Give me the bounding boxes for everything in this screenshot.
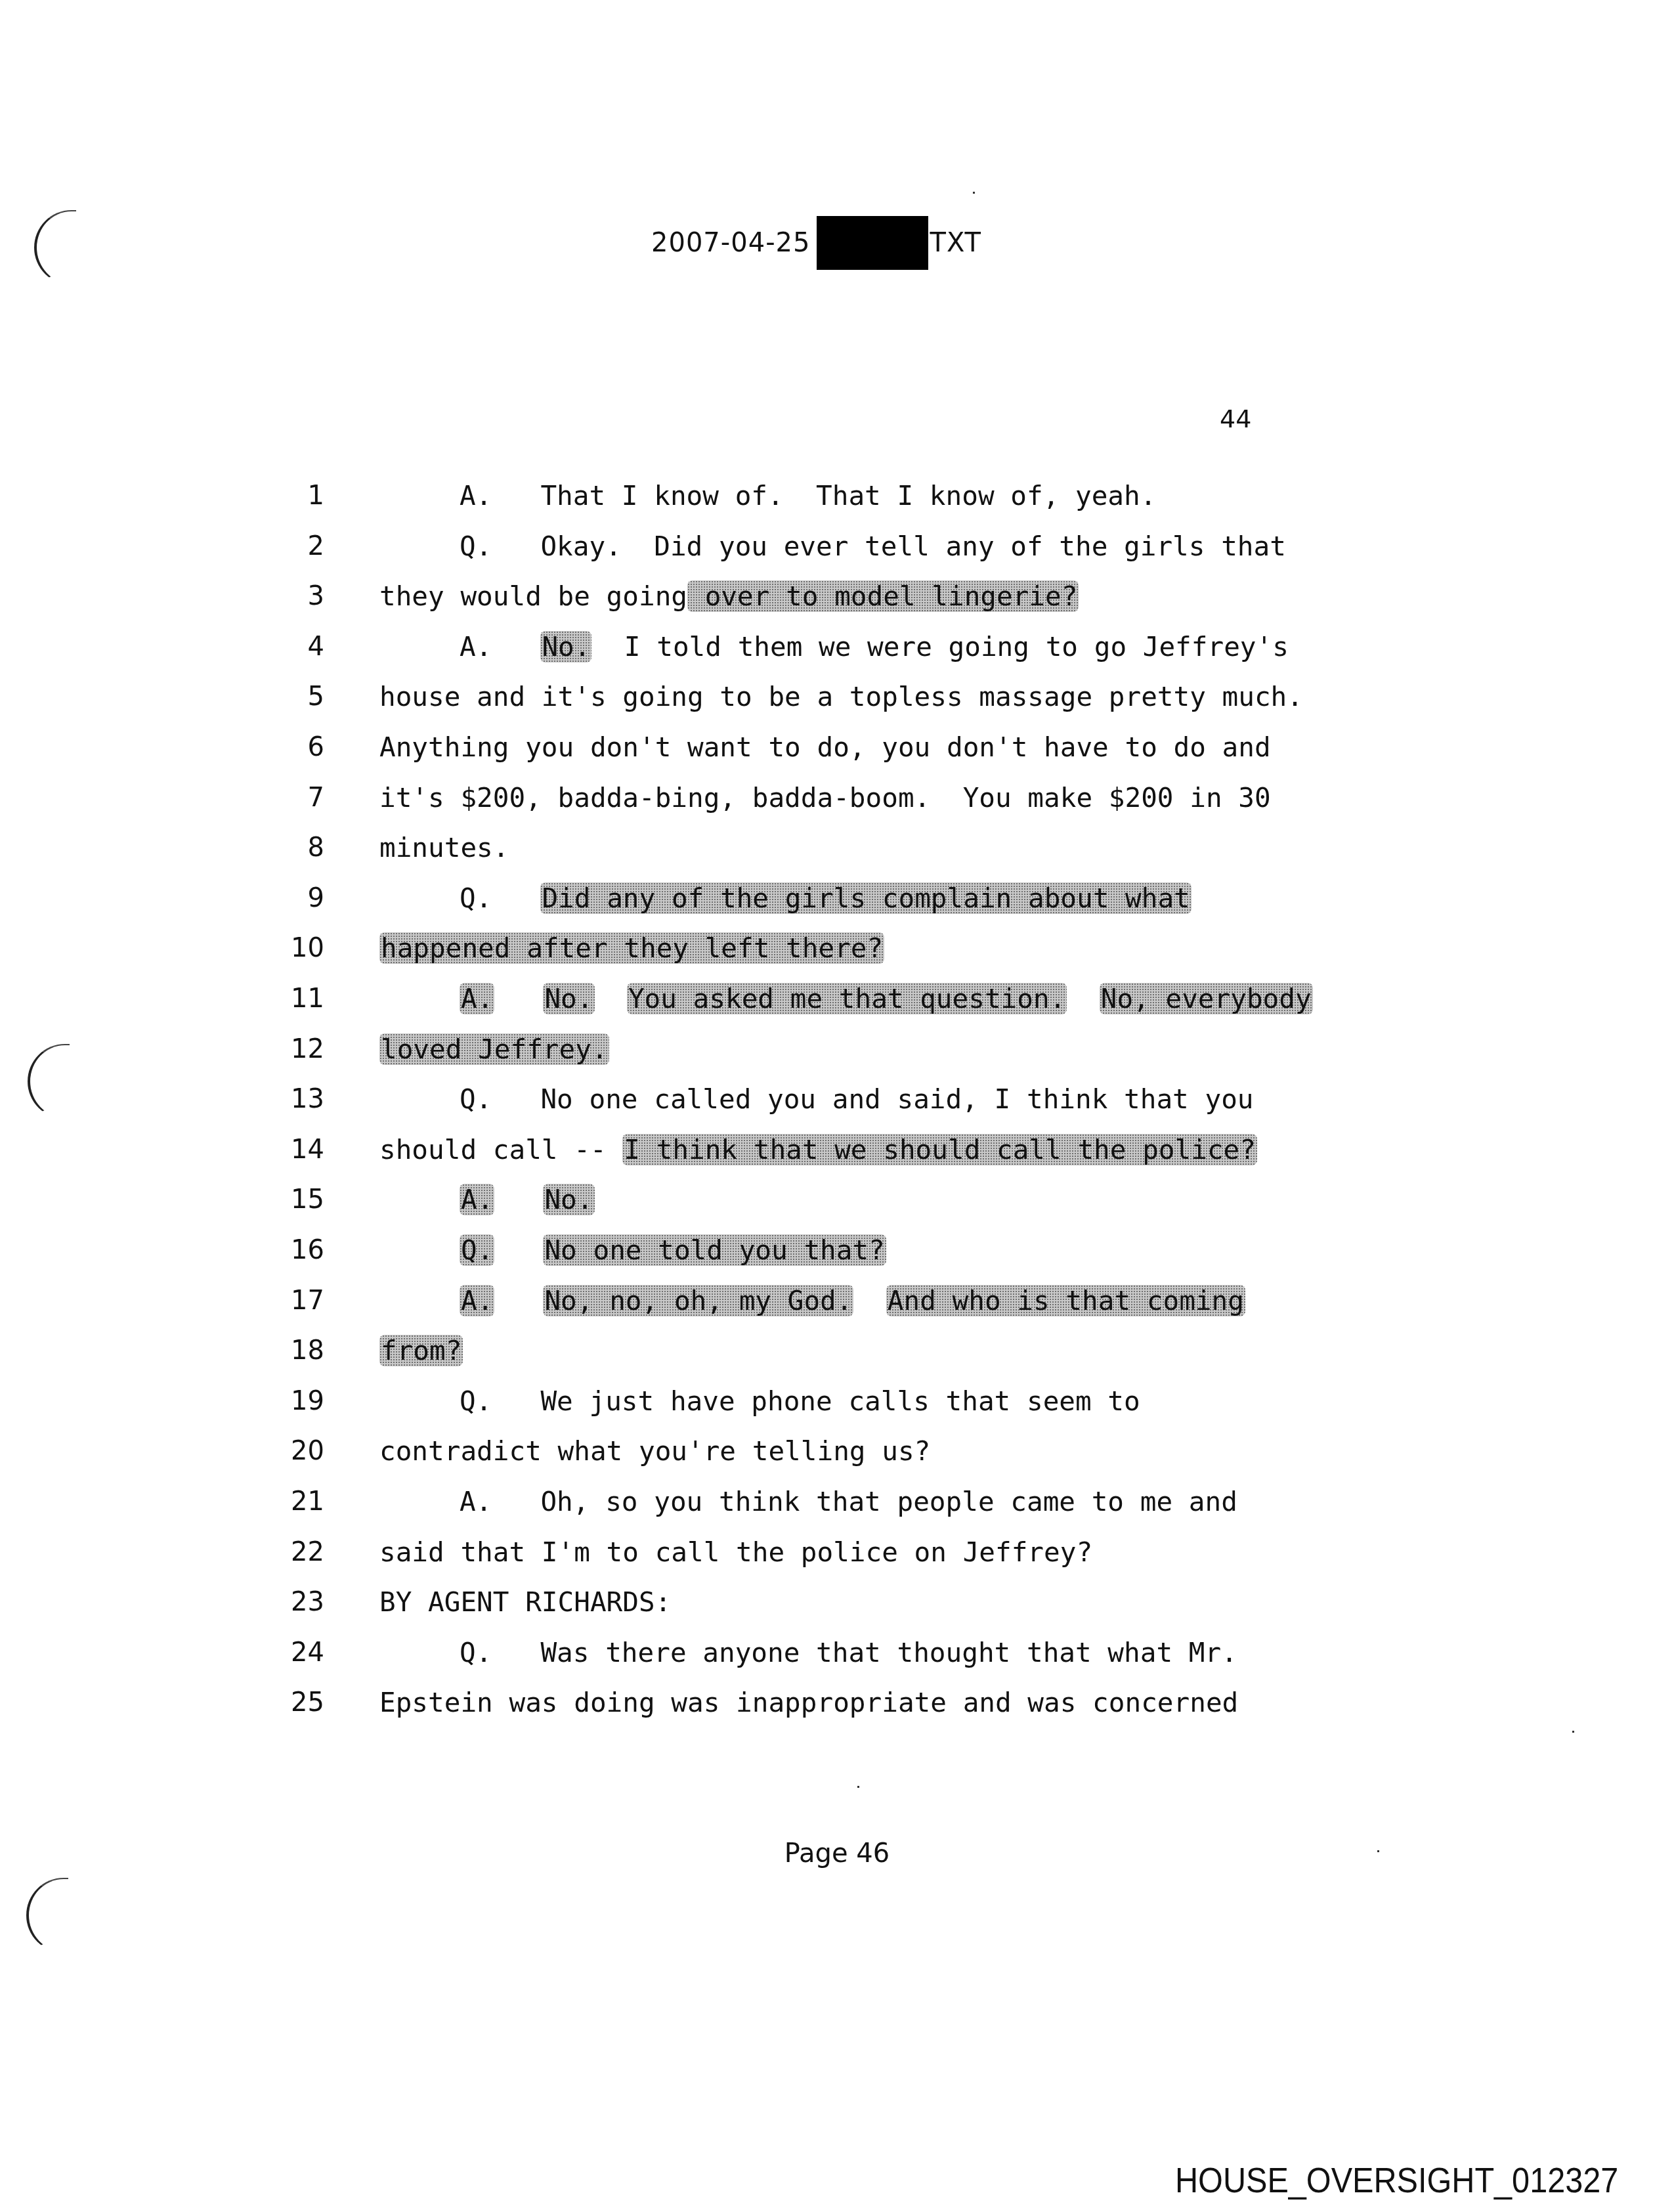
- line-text: happened after they left there?: [379, 925, 884, 971]
- transcript-line: 16Q. No one told you that?: [0, 1227, 1674, 1273]
- highlighted-text: No, no, oh, my God.: [543, 1285, 853, 1316]
- line-text: A. That I know of. That I know of, yeah.: [460, 473, 1156, 519]
- line-text: from?: [379, 1328, 463, 1374]
- line-number: 13: [276, 1076, 324, 1122]
- footer-page-label: Page 46: [0, 1838, 1674, 1869]
- text-segment: A.: [460, 480, 540, 511]
- text-segment: Epstein was doing was inappropriate and …: [379, 1687, 1238, 1718]
- transcript-line: 12loved Jeffrey.: [0, 1026, 1674, 1072]
- text-segment: [494, 983, 543, 1014]
- scan-speck: [1377, 1850, 1379, 1852]
- text-segment: No one called you and said, I think that…: [540, 1083, 1253, 1115]
- text-segment: [595, 983, 627, 1014]
- line-number: 9: [276, 875, 324, 921]
- scan-speck: [1572, 1731, 1574, 1733]
- line-number: 3: [276, 573, 324, 619]
- line-text: A. No. I told them we were going to go J…: [460, 624, 1289, 670]
- line-text: Q. No one told you that?: [460, 1227, 886, 1273]
- line-number: 16: [276, 1227, 324, 1273]
- highlighted-text: No.: [543, 1184, 594, 1215]
- line-number: 4: [276, 624, 324, 670]
- transcript-line: 11A. No. You asked me that question. No,…: [0, 976, 1674, 1022]
- line-text: they would be going over to model linger…: [379, 573, 1079, 619]
- highlighted-text: Did any of the girls complain about what: [540, 882, 1191, 914]
- transcript-line: 6Anything you don't want to do, you don'…: [0, 724, 1674, 770]
- line-text: said that I'm to call the police on Jeff…: [379, 1529, 1092, 1575]
- text-segment: We just have phone calls that seem to: [540, 1385, 1140, 1417]
- line-text: should call -- I think that we should ca…: [379, 1127, 1257, 1173]
- line-text: Anything you don't want to do, you don't…: [379, 724, 1271, 770]
- line-number: 24: [276, 1630, 324, 1676]
- transcript-line: 4A. No. I told them we were going to go …: [0, 624, 1674, 670]
- highlighted-text: No one told you that?: [543, 1234, 886, 1266]
- document-header: 2007-04-25 TXT: [651, 217, 981, 269]
- text-segment: Q.: [460, 1083, 540, 1115]
- line-number: 11: [276, 976, 324, 1022]
- highlighted-text: happened after they left there?: [379, 932, 884, 964]
- line-text: minutes.: [379, 825, 509, 871]
- highlighted-text: over to model lingerie?: [687, 580, 1079, 612]
- transcript-line: 20contradict what you're telling us?: [0, 1428, 1674, 1474]
- transcript-line: 13Q. No one called you and said, I think…: [0, 1076, 1674, 1122]
- hole-punch-mark: [34, 210, 76, 285]
- text-segment: A.: [460, 631, 540, 662]
- transcript-line: 24Q. Was there anyone that thought that …: [0, 1630, 1674, 1676]
- transcript-line: 1A. That I know of. That I know of, yeah…: [0, 473, 1674, 519]
- text-segment: [853, 1285, 886, 1316]
- text-segment: I told them we were going to go Jeffrey'…: [591, 631, 1288, 662]
- text-segment: Q.: [460, 1385, 540, 1417]
- text-segment: contradict what you're telling us?: [379, 1435, 930, 1467]
- line-number: 12: [276, 1026, 324, 1072]
- line-number: 23: [276, 1579, 324, 1625]
- bates-number: HOUSE_OVERSIGHT_012327: [1175, 2160, 1618, 2201]
- highlighted-text: And who is that coming: [886, 1285, 1245, 1316]
- text-segment: [494, 1285, 543, 1316]
- text-segment: they would be going: [379, 580, 687, 612]
- line-number: 18: [276, 1328, 324, 1374]
- line-number: 7: [276, 775, 324, 821]
- transcript-line: 5house and it's going to be a topless ma…: [0, 674, 1674, 720]
- text-segment: Q.: [460, 882, 540, 914]
- header-date: 2007-04-25: [651, 228, 810, 258]
- highlighted-text: You asked me that question.: [627, 983, 1067, 1014]
- transcript-line: 19Q. We just have phone calls that seem …: [0, 1378, 1674, 1424]
- text-segment: minutes.: [379, 832, 509, 863]
- text-segment: should call --: [379, 1134, 622, 1165]
- line-text: A. No, no, oh, my God. And who is that c…: [460, 1278, 1245, 1324]
- text-segment: Q.: [460, 1637, 540, 1668]
- transcript-line: 25Epstein was doing was inappropriate an…: [0, 1680, 1674, 1725]
- line-text: A. No.: [460, 1177, 595, 1223]
- transcript-line: 18from?: [0, 1328, 1674, 1374]
- transcript-line: 10happened after they left there?: [0, 925, 1674, 971]
- text-segment: Q.: [460, 531, 540, 562]
- line-number: 17: [276, 1278, 324, 1324]
- transcript-line: 8minutes.: [0, 825, 1674, 871]
- line-number: 15: [276, 1177, 324, 1223]
- line-number: 22: [276, 1529, 324, 1575]
- text-segment: house and it's going to be a topless mas…: [379, 681, 1303, 712]
- line-number: 21: [276, 1479, 324, 1525]
- text-segment: Oh, so you think that people came to me …: [540, 1486, 1237, 1517]
- line-text: Q. We just have phone calls that seem to: [460, 1378, 1140, 1424]
- text-segment: said that I'm to call the police on Jeff…: [379, 1536, 1092, 1568]
- line-text: house and it's going to be a topless mas…: [379, 674, 1303, 720]
- redaction-block: [817, 216, 928, 270]
- transcript-line: 15A. No.: [0, 1177, 1674, 1223]
- transcript-line: 9Q. Did any of the girls complain about …: [0, 875, 1674, 921]
- line-number: 20: [276, 1428, 324, 1474]
- line-text: A. Oh, so you think that people came to …: [460, 1479, 1237, 1525]
- line-text: it's $200, badda-bing, badda-boom. You m…: [379, 775, 1271, 821]
- highlighted-text: A.: [460, 1285, 494, 1316]
- line-text: Q. No one called you and said, I think t…: [460, 1076, 1254, 1122]
- text-segment: [494, 1184, 543, 1215]
- transcript-line: 3they would be going over to model linge…: [0, 573, 1674, 619]
- text-segment: BY AGENT RICHARDS:: [379, 1586, 671, 1618]
- transcript-line: 23BY AGENT RICHARDS:: [0, 1579, 1674, 1625]
- line-text: BY AGENT RICHARDS:: [379, 1579, 671, 1625]
- scan-speck: [973, 192, 975, 194]
- text-segment: it's $200, badda-bing, badda-boom. You m…: [379, 782, 1271, 813]
- highlighted-text: No.: [543, 983, 594, 1014]
- line-text: Epstein was doing was inappropriate and …: [379, 1680, 1238, 1725]
- text-segment: [1067, 983, 1099, 1014]
- transcript-line: 21A. Oh, so you think that people came t…: [0, 1479, 1674, 1525]
- line-number: 14: [276, 1127, 324, 1173]
- text-segment: Anything you don't want to do, you don't…: [379, 731, 1271, 763]
- text-segment: Okay. Did you ever tell any of the girls…: [540, 531, 1285, 562]
- transcript-line: 22said that I'm to call the police on Je…: [0, 1529, 1674, 1575]
- header-suffix: TXT: [930, 228, 981, 258]
- line-text: Q. Okay. Did you ever tell any of the gi…: [460, 523, 1286, 569]
- line-number: 10: [276, 925, 324, 971]
- highlighted-text: No, everybody: [1100, 983, 1313, 1014]
- line-number: 8: [276, 825, 324, 871]
- line-number: 6: [276, 724, 324, 770]
- transcript-line: 7it's $200, badda-bing, badda-boom. You …: [0, 775, 1674, 821]
- highlighted-text: A.: [460, 983, 494, 1014]
- transcript-page-number: 44: [1220, 404, 1251, 433]
- highlighted-text: Q.: [460, 1234, 494, 1266]
- text-segment: Was there anyone that thought that what …: [540, 1637, 1237, 1668]
- highlighted-text: I think that we should call the police?: [622, 1134, 1257, 1165]
- transcript-line: 2Q. Okay. Did you ever tell any of the g…: [0, 523, 1674, 569]
- highlighted-text: A.: [460, 1184, 494, 1215]
- line-text: A. No. You asked me that question. No, e…: [460, 976, 1313, 1022]
- line-number: 19: [276, 1378, 324, 1424]
- highlighted-text: from?: [379, 1335, 463, 1366]
- highlighted-text: loved Jeffrey.: [379, 1033, 609, 1065]
- transcript-line: 17A. No, no, oh, my God. And who is that…: [0, 1278, 1674, 1324]
- line-text: contradict what you're telling us?: [379, 1428, 930, 1474]
- scan-speck: [857, 1786, 859, 1788]
- line-number: 2: [276, 523, 324, 569]
- line-text: Q. Was there anyone that thought that wh…: [460, 1630, 1237, 1676]
- line-number: 25: [276, 1680, 324, 1725]
- text-segment: That I know of. That I know of, yeah.: [540, 480, 1156, 511]
- text-segment: A.: [460, 1486, 540, 1517]
- text-segment: [494, 1234, 543, 1266]
- line-text: loved Jeffrey.: [379, 1026, 609, 1072]
- line-number: 1: [276, 473, 324, 519]
- transcript-line: 14should call -- I think that we should …: [0, 1127, 1674, 1173]
- hole-punch-mark: [26, 1878, 68, 1953]
- line-text: Q. Did any of the girls complain about w…: [460, 875, 1191, 921]
- highlighted-text: No.: [540, 631, 591, 662]
- line-number: 5: [276, 674, 324, 720]
